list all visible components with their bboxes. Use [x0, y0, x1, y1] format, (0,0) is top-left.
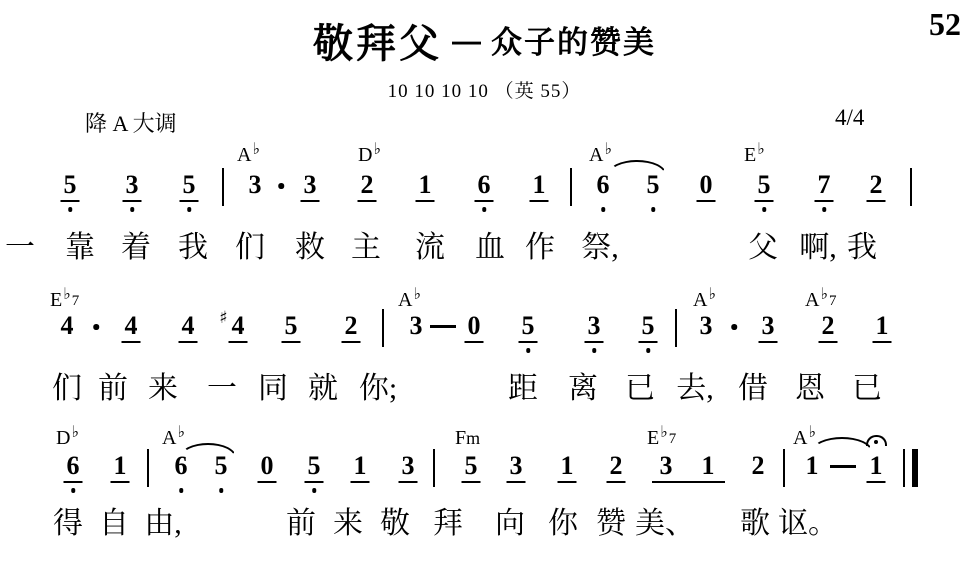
note-digit: 6	[172, 453, 191, 481]
note: 3	[399, 453, 418, 483]
chord-root: D	[56, 427, 70, 449]
lyric-syllable: 前	[286, 509, 316, 539]
lyric-syllable: 来	[333, 509, 363, 539]
note-digit: 2	[607, 453, 626, 483]
flat-icon: ♭	[808, 422, 816, 441]
note-digit: 1	[558, 453, 577, 483]
note: 5	[305, 453, 324, 483]
chord-symbol: A♭	[162, 428, 185, 448]
octave-dot	[179, 488, 184, 493]
note-digit: 3	[507, 453, 526, 483]
note-digit: 1	[867, 453, 886, 483]
system-3: D♭A♭FmE♭7A♭61650513531231211得自由,前来敬拜向你赞美…	[0, 0, 969, 563]
slur-icon	[812, 437, 872, 451]
lyric-syllable: 敬	[380, 509, 410, 539]
lyric-syllable: 拜	[433, 509, 463, 539]
barline	[433, 449, 435, 487]
barline	[783, 449, 785, 487]
note-digit: 2	[749, 453, 768, 481]
duration-dash	[830, 465, 856, 468]
lyric-syllable: 你	[548, 509, 578, 539]
barline	[147, 449, 149, 487]
note: 6	[64, 453, 83, 483]
lyric-syllable: 赞	[596, 509, 626, 539]
chord-root: E	[647, 427, 659, 449]
flat-icon: ♭	[177, 422, 185, 441]
chord-symbol: D♭	[56, 428, 79, 448]
note: 1	[699, 453, 718, 481]
flat-icon: ♭	[71, 422, 79, 441]
note: 2	[749, 453, 768, 481]
chord-root: A	[793, 427, 807, 449]
note: 1	[111, 453, 130, 483]
note: 3	[657, 453, 676, 481]
note-digit: 3	[399, 453, 418, 483]
chord-suffix: m	[466, 428, 480, 448]
lyric-syllable: 讴。	[778, 509, 838, 539]
note: 1	[558, 453, 577, 483]
note: 1	[867, 453, 886, 483]
barline	[903, 449, 905, 487]
note-digit: 1	[803, 453, 822, 481]
chord-suffix: 7	[669, 431, 677, 447]
note-digit: 5	[462, 453, 481, 483]
lyric-syllable: 歌	[740, 509, 770, 539]
note: 6	[172, 453, 191, 481]
fermata-icon	[866, 435, 887, 446]
octave-dot	[312, 488, 317, 493]
note-digit: 3	[657, 453, 676, 481]
note-digit: 1	[351, 453, 370, 483]
final-barline	[912, 449, 918, 487]
note-digit: 5	[212, 453, 231, 481]
lyric-syllable: 美、	[635, 509, 695, 539]
chord-symbol: Fm	[455, 428, 480, 448]
octave-dot	[71, 488, 76, 493]
note: 1	[803, 453, 822, 481]
note: 1	[351, 453, 370, 483]
note: 3	[507, 453, 526, 483]
note: 5	[212, 453, 231, 481]
chord-root: A	[162, 427, 176, 449]
lyric-syllable: 向	[495, 509, 525, 539]
hymn-sheet: 52 敬拜父—众子的赞美 10 10 10 10 （英 55） 降 A 大调 4…	[0, 0, 969, 563]
octave-dot	[219, 488, 224, 493]
note: 5	[462, 453, 481, 483]
note: 2	[607, 453, 626, 483]
rest-note: 0	[258, 453, 277, 483]
note-digit: 1	[699, 453, 718, 481]
chord-symbol: A♭	[793, 428, 816, 448]
chord-symbol: E♭7	[647, 428, 676, 448]
eighth-beam	[652, 481, 725, 483]
lyric-syllable: 由,	[144, 509, 182, 539]
lyric-syllable: 自	[99, 509, 129, 539]
note-digit: 0	[258, 453, 277, 483]
note-digit: 5	[305, 453, 324, 483]
note-digit: 1	[111, 453, 130, 483]
note-digit: 6	[64, 453, 83, 483]
lyric-syllable: 得	[53, 509, 83, 539]
chord-root: F	[455, 427, 466, 449]
flat-icon: ♭	[660, 422, 668, 441]
